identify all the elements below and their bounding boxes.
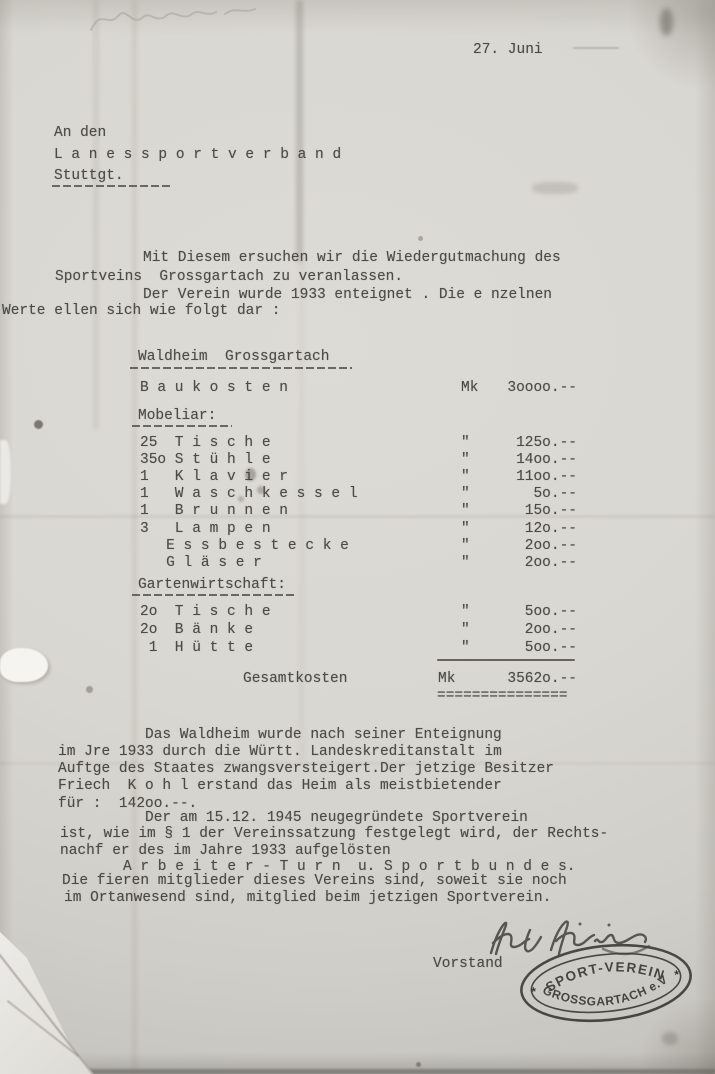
pencil-dash-mark xyxy=(573,47,619,49)
table-row-label: 1 B r u n n e n xyxy=(140,503,288,519)
body-line: Der Verein wurde 1933 enteignet . Die e … xyxy=(143,287,552,303)
table-row-label: G l ä s e r xyxy=(140,555,262,571)
body-line: Der am 15.12. 1945 neugegründete Sportve… xyxy=(145,810,528,826)
body-line: Sportveins Grossgartach zu veranlassen. xyxy=(55,269,403,285)
body-line: Auftge des Staates zwangsversteigert.Der… xyxy=(58,761,554,777)
table-row-label: 2o T i s c h e xyxy=(140,604,271,620)
table-row-label: 3 L a m p e n xyxy=(140,521,271,537)
paper-stain xyxy=(660,8,673,36)
typed-underline xyxy=(130,367,352,369)
letter-date: 27. Juni xyxy=(473,42,543,58)
table-row-value: 2oo.-- xyxy=(450,622,577,638)
body-line: Friech K o h l erstand das Heim als meis… xyxy=(58,778,502,794)
table-row-value: 125o.-- xyxy=(450,435,577,451)
total-label: Gesamtkosten xyxy=(243,671,347,687)
table-row-label: 25 T i s c h e xyxy=(140,435,271,451)
recipient-line: An den xyxy=(54,125,106,141)
fold-crease-line xyxy=(0,946,99,1074)
table-row-label: E s s b e s t e c k e xyxy=(140,538,349,554)
typed-underline xyxy=(132,425,232,427)
section-heading: Waldheim Grossgartach xyxy=(138,349,329,365)
table-row-label: 1 K l a v i e r xyxy=(140,469,288,485)
paper-stain xyxy=(34,420,43,429)
table-row-value: 14oo.-- xyxy=(450,452,577,468)
paper-stain xyxy=(630,0,715,95)
body-line: Das Waldheim wurde nach seiner Enteignun… xyxy=(145,727,502,743)
table-row-value: 11oo.-- xyxy=(450,469,577,485)
table-row-label: 1 H ü t t e xyxy=(140,640,253,656)
table-row-value: 15o.-- xyxy=(450,503,577,519)
paper-stain xyxy=(416,1062,421,1067)
body-line: im Ortanwesend sind, mitglied beim jetzi… xyxy=(64,890,551,906)
paper-edge-shadow-bottom xyxy=(0,1052,715,1074)
table-subheading: Mobeliar: xyxy=(138,408,216,424)
body-line: Werte ellen sich wie folgt dar : xyxy=(2,303,280,319)
paper-stain xyxy=(86,686,93,693)
paper-stain xyxy=(532,182,578,194)
table-row-label: 35o S t ü h l e xyxy=(140,452,271,468)
table-row-label: 1 W a s c h k e s s e l xyxy=(140,486,358,502)
table-row-value: 5o.-- xyxy=(450,486,577,502)
body-line: ist, wie im § 1 der Vereinssatzung festg… xyxy=(60,826,608,842)
scanned-letter-page: 27. Juni An den L a n e s s p o r t v e … xyxy=(0,0,715,1074)
table-row-label: 2o B ä n k e xyxy=(140,622,253,638)
recipient-line: L a n e s s p o r t v e r b a n d xyxy=(54,147,341,163)
paper-crease xyxy=(94,0,98,430)
total-rule-line xyxy=(437,659,575,661)
paper-stain xyxy=(662,1032,678,1045)
table-row-value: 3oooo.-- xyxy=(450,380,577,396)
paper-crease xyxy=(0,515,715,518)
table-row-value: 2oo.-- xyxy=(450,538,577,554)
recipient-line: Stuttgt. xyxy=(54,168,124,184)
torn-edge xyxy=(0,648,48,682)
paper-bottom-edge xyxy=(85,1069,715,1074)
paper-crease xyxy=(299,262,304,762)
typed-underline xyxy=(52,185,172,187)
paper-edge-shadow-left xyxy=(0,0,14,1074)
paper-edge-shadow-right xyxy=(695,0,715,1074)
stamp-star-left: * xyxy=(531,984,537,998)
typed-underline xyxy=(132,594,294,596)
body-line: nachf er des im Jahre 1933 aufgelösten xyxy=(60,843,391,859)
table-row-value: 5oo.-- xyxy=(450,604,577,620)
table-row-label: B a u k o s t e n xyxy=(140,380,288,396)
table-row-value: 12o.-- xyxy=(450,521,577,537)
table-row-value: 2oo.-- xyxy=(450,555,577,571)
total-double-rule: =============== xyxy=(437,688,568,704)
body-line: Die fieren mitglieder dieses Vereins sin… xyxy=(62,873,567,889)
torn-edge xyxy=(0,440,11,504)
paper-stain xyxy=(418,236,423,241)
handwritten-signature xyxy=(483,913,658,961)
body-line: im Jre 1933 durch die Württ. Landeskredi… xyxy=(58,744,502,760)
paper-crease xyxy=(296,0,303,262)
pencil-annotation xyxy=(85,2,270,40)
total-value: 3562o.-- xyxy=(450,671,577,687)
fold-crease-line xyxy=(7,1000,79,1057)
folded-corner xyxy=(0,932,102,1074)
table-subheading: Gartenwirtschaft: xyxy=(138,577,286,593)
table-row-value: 5oo.-- xyxy=(450,640,577,656)
body-line: Mit Diesem ersuchen wir die Wiedergutmac… xyxy=(143,250,561,266)
